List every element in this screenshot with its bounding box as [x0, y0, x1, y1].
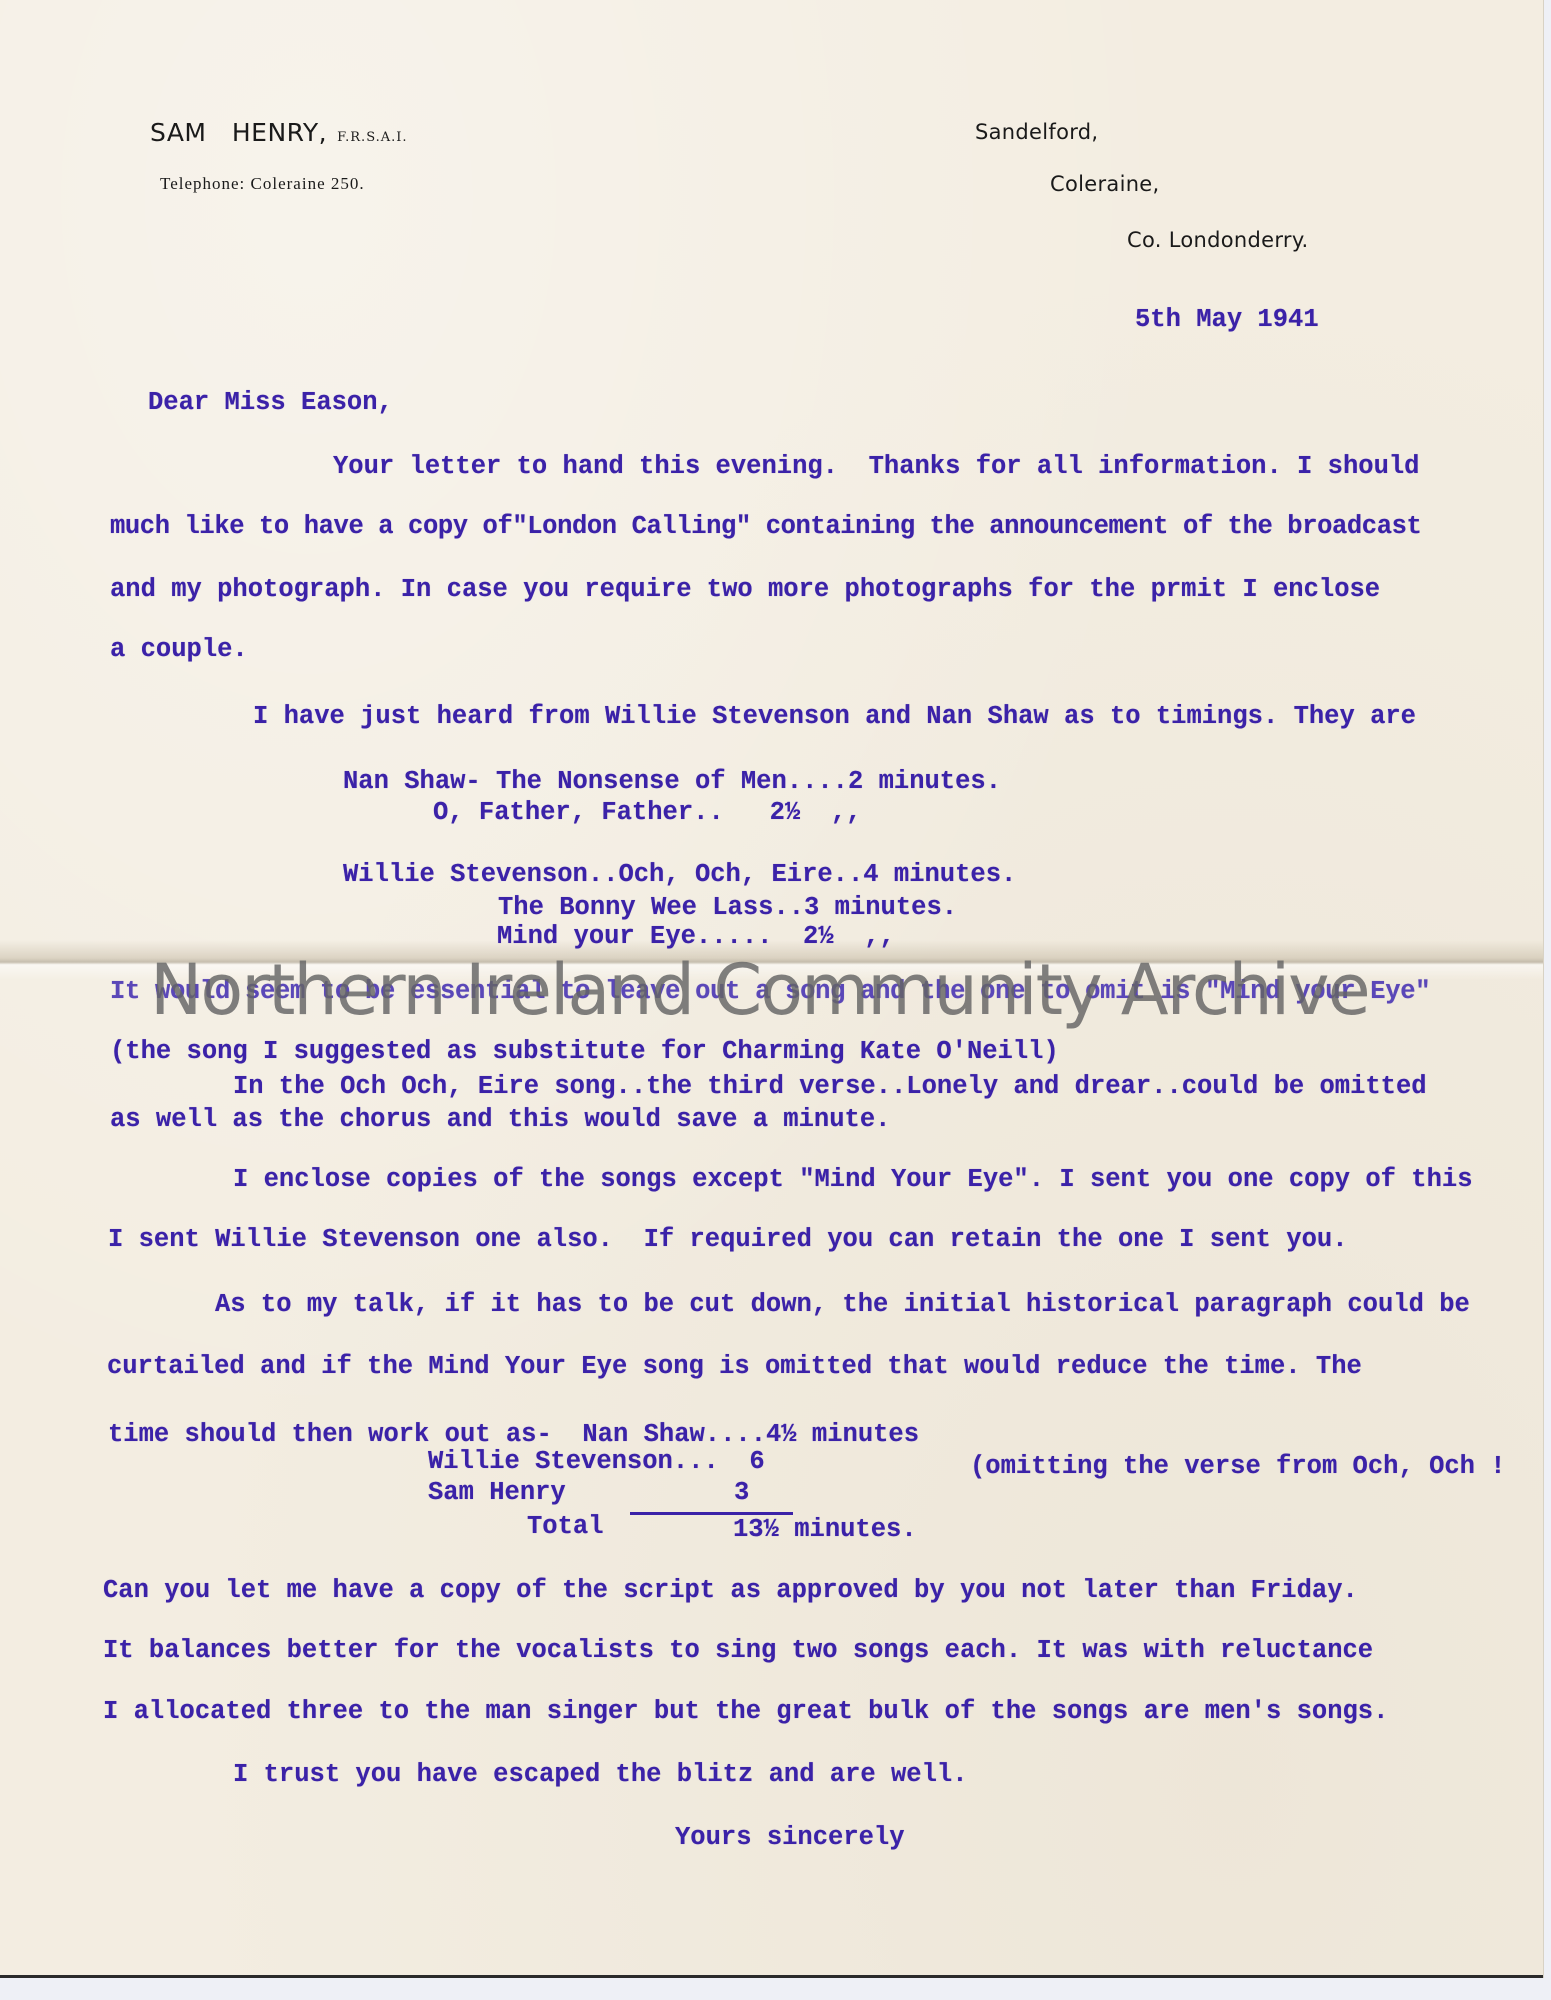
timing-line: The Bonny Wee Lass..3 minutes.: [498, 893, 957, 923]
timing-line: Willie Stevenson..Och, Och, Eire..4 minu…: [343, 860, 1016, 890]
body-line: I sent Willie Stevenson one also. If req…: [108, 1225, 1348, 1255]
body-line: I trust you have escaped the blitz and a…: [233, 1760, 968, 1790]
letterhead-name: SAM HENRY,F.R.S.A.I.: [150, 118, 408, 147]
body-line: much like to have a copy of"London Calli…: [110, 512, 1421, 542]
body-line: and my photograph. In case you require t…: [110, 575, 1380, 605]
address-line-3: Co. Londonderry.: [1127, 228, 1309, 252]
body-line: Your letter to hand this evening. Thanks…: [333, 452, 1419, 482]
body-line: I have just heard from Willie Stevenson …: [253, 702, 1416, 732]
sender-name: SAM HENRY,: [150, 118, 327, 147]
body-line: In the Och Och, Eire song..the third ver…: [233, 1072, 1427, 1102]
salutation: Dear Miss Eason,: [148, 388, 393, 418]
address-line-1: Sandelford,: [975, 120, 1098, 144]
body-line: as well as the chorus and this would sav…: [110, 1105, 890, 1135]
body-line: a couple.: [110, 635, 248, 665]
letter-date: 5th May 1941: [1135, 305, 1319, 335]
closing: Yours sincerely: [675, 1823, 905, 1853]
summary-sam: Sam Henry 3: [428, 1478, 749, 1508]
summary-willie-note: (omitting the verse from Och, Och !: [970, 1452, 1506, 1482]
body-line: As to my talk, if it has to be cut down,…: [215, 1290, 1470, 1320]
timing-line: Mind your Eye..... 2½ ,,: [497, 922, 895, 952]
body-line: (the song I suggested as substitute for …: [110, 1037, 1059, 1067]
archive-watermark: Northern Ireland Community Archive: [150, 955, 1369, 1025]
sender-qualifications: F.R.S.A.I.: [337, 130, 407, 145]
summary-total-value: 13½ minutes.: [733, 1515, 917, 1545]
timing-line: O, Father, Father.. 2½ ,,: [433, 798, 861, 828]
summary-total-label: Total: [527, 1512, 604, 1542]
summary-willie: Willie Stevenson... 6: [428, 1447, 765, 1477]
body-line: Can you let me have a copy of the script…: [103, 1576, 1358, 1606]
address-line-2: Coleraine,: [1050, 172, 1160, 196]
letterhead-telephone: Telephone: Coleraine 250.: [160, 174, 365, 194]
body-line: It balances better for the vocalists to …: [103, 1636, 1373, 1666]
body-line: I allocated three to the man singer but …: [103, 1697, 1388, 1727]
body-line: I enclose copies of the songs except "Mi…: [233, 1165, 1473, 1195]
letter-page: SAM HENRY,F.R.S.A.I. Telephone: Colerain…: [0, 0, 1543, 1978]
timing-line: Nan Shaw- The Nonsense of Men....2 minut…: [343, 767, 1001, 797]
body-line: curtailed and if the Mind Your Eye song …: [107, 1352, 1362, 1382]
body-line: time should then work out as- Nan Shaw..…: [108, 1420, 919, 1450]
